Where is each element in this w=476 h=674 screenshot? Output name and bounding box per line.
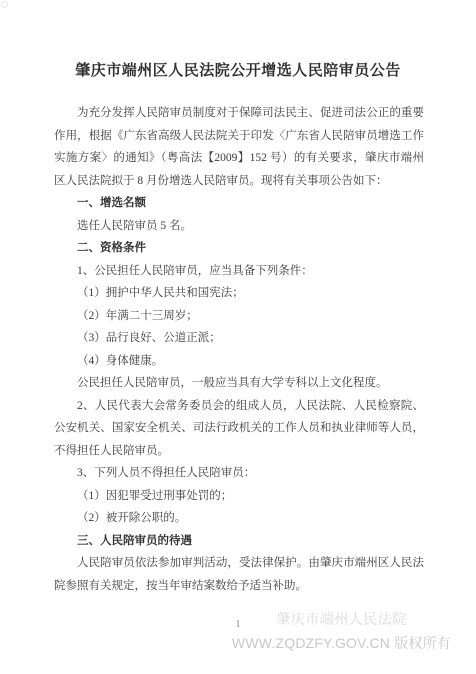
watermark-site-copyright: WWW.ZQDZFY.GOV.CN 版权所有 (232, 635, 451, 651)
document-page: 肇庆市端州区人民法院公开增选人民陪审员公告 为充分发挥人民陪审员制度对于保障司法… (0, 0, 476, 674)
document-title: 肇庆市端州区人民法院公开增选人民陪审员公告 (0, 62, 476, 81)
section-heading: 三、人民陪审员的待遇 (54, 530, 424, 553)
paragraph: （2）被开除公职的。 (54, 507, 424, 530)
paragraph: （4）身体健康。 (54, 350, 424, 373)
watermark: 肇庆市端州人民法院 WWW.ZQDZFY.GOV.CN 版权所有 (232, 611, 451, 651)
paragraph: 人民陪审员依法参加审判活动，受法律保护。由肇庆市端州区人民法院参照有关规定，按当… (54, 552, 424, 597)
paragraph: 1、公民担任人民陪审员，应当具备下列条件： (54, 260, 424, 283)
scan-corner-artifact (1, 1, 8, 8)
page-number: 1 (0, 619, 476, 630)
paragraph: （1）因犯罪受过刑事处罚的； (54, 485, 424, 508)
paragraph: 3、下列人员不得担任人民陪审员： (54, 462, 424, 485)
paragraph: （2）年满二十三周岁； (54, 305, 424, 328)
paragraph: （1）拥护中华人民共和国宪法； (54, 282, 424, 305)
paragraph: 为充分发挥人民陪审员制度对于保障司法民主、促进司法公正的重要作用，根据《广东省高… (54, 102, 424, 192)
paragraph: 公民担任人民陪审员，一般应当具有大学专科以上文化程度。 (54, 372, 424, 395)
document-body: 为充分发挥人民陪审员制度对于保障司法民主、促进司法公正的重要作用，根据《广东省高… (54, 102, 424, 597)
paragraph: 选任人民陪审员 5 名。 (54, 215, 424, 238)
section-heading: 一、增选名额 (54, 192, 424, 215)
paragraph: （3）品行良好、公道正派； (54, 327, 424, 350)
section-heading: 二、资格条件 (54, 237, 424, 260)
paragraph: 2、人民代表大会常务委员会的组成人员，人民法院、人民检察院、公安机关、国家安全机… (54, 395, 424, 463)
